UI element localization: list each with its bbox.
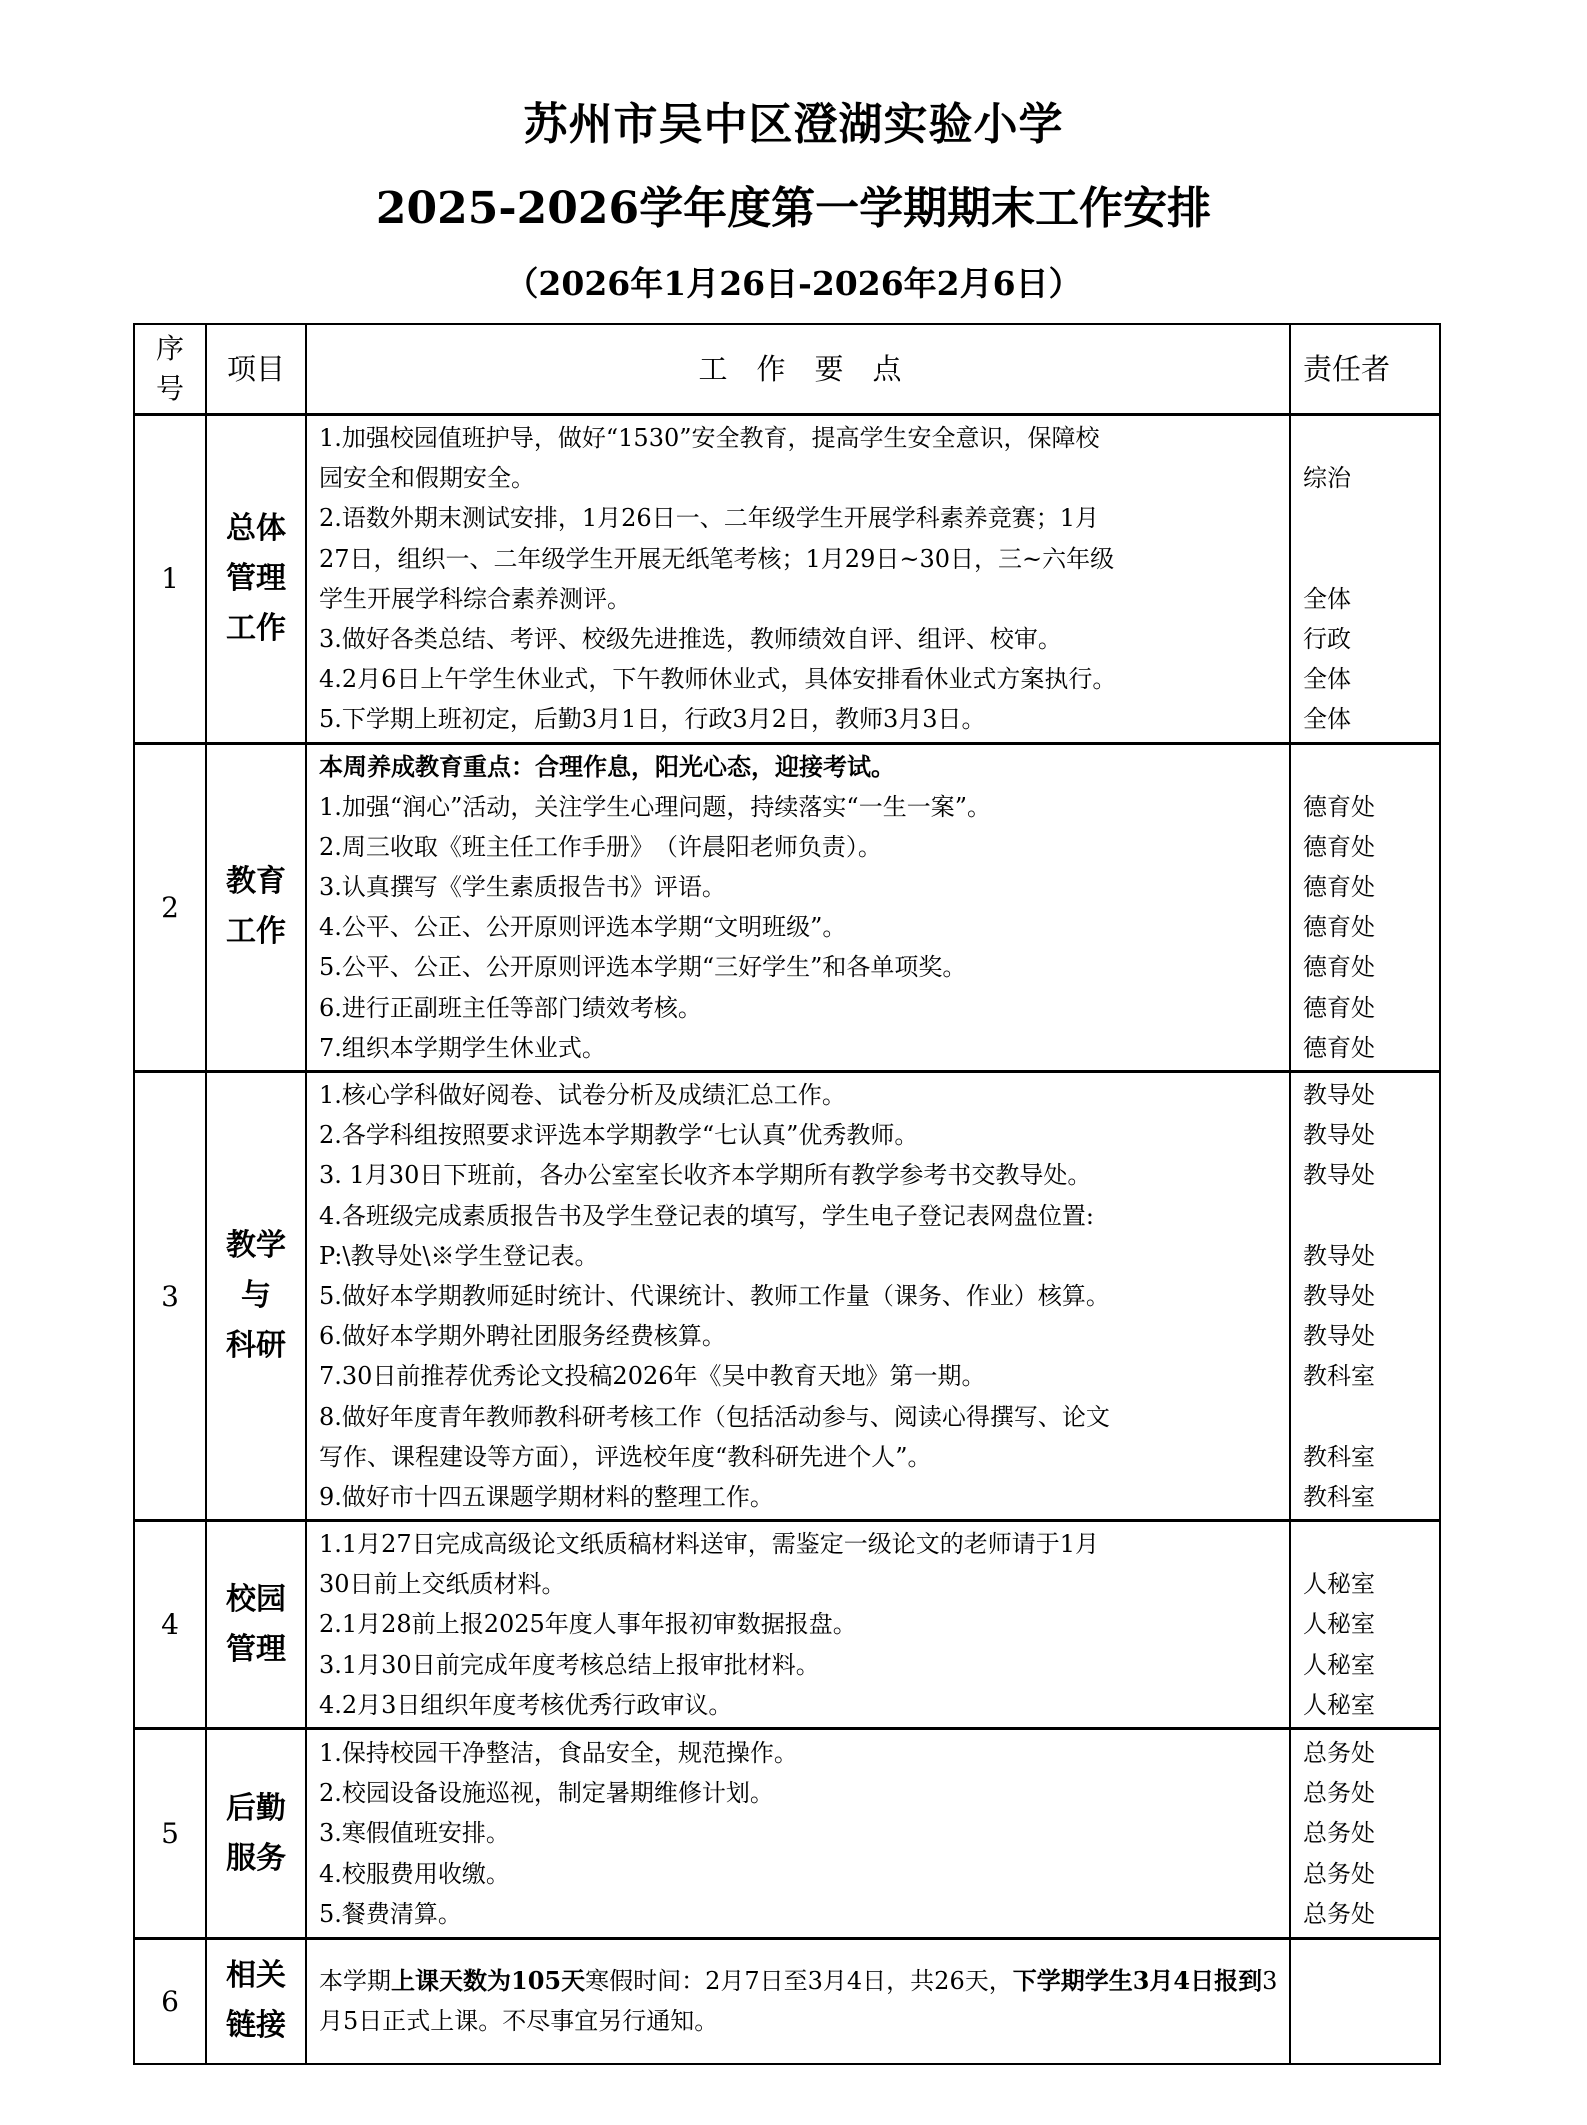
row-number: 5 — [134, 1729, 206, 1939]
table-row: 4校园管理1.1月27日完成高级论文纸质稿材料送审，需鉴定一级论文的老师请于1月… — [134, 1521, 1440, 1729]
responsible-party: 德育处 — [1303, 827, 1439, 867]
category-label-line: 管理 — [207, 1625, 305, 1675]
info-text: 本学期 — [319, 1967, 391, 1995]
row-category: 校园管理 — [206, 1521, 306, 1729]
responsible-party: 教导处 — [1303, 1276, 1439, 1316]
work-point-line: 5.下学期上班初定，后勤3月1日，行政3月2日，教师3月3日。 — [319, 699, 1281, 739]
work-point-line: 7.30日前推荐优秀论文投稿2026年《吴中教育天地》第一期。 — [319, 1356, 1281, 1396]
row-work-points: 1.保持校园干净整洁，食品安全，规范操作。2.校园设备设施巡视，制定暑期维修计划… — [306, 1729, 1290, 1939]
work-point-line: 4.2月6日上午学生休业式，下午教师休业式，具体安排看休业式方案执行。 — [319, 659, 1281, 699]
work-point-line: 7.组织本学期学生休业式。 — [319, 1028, 1281, 1068]
header-main: 工 作 要 点 — [306, 324, 1290, 415]
row-category: 总体管理工作 — [206, 415, 306, 744]
responsible-party: 人秘室 — [1303, 1645, 1439, 1685]
category-label-line: 校园 — [207, 1575, 305, 1625]
work-point-line: 1.核心学科做好阅卷、试卷分析及成绩汇总工作。 — [319, 1075, 1281, 1115]
work-point-line: 2.各学科组按照要求评选本学期教学“七认真”优秀教师。 — [319, 1115, 1281, 1155]
header-item: 项目 — [206, 324, 306, 415]
category-label-line: 教学 — [207, 1221, 305, 1271]
work-point-line: 3. 1月30日下班前，各办公室室长收齐本学期所有教学参考书交教导处。 — [319, 1155, 1281, 1195]
table-header-row: 序 号 项目 工 作 要 点 责任者 — [134, 324, 1440, 415]
table-row: 2教育工作本周养成教育重点：合理作息，阳光心态，迎接考试。1.加强“润心”活动，… — [134, 743, 1440, 1072]
responsible-party: 教导处 — [1303, 1075, 1439, 1115]
responsible-party: 德育处 — [1303, 867, 1439, 907]
info-text: 寒假时间：2月7日至3月4日，共26天， — [585, 1967, 1013, 1995]
work-point-line: 写作、课程建设等方面），评选校年度“教科研先进个人”。 — [319, 1437, 1281, 1477]
category-label-line: 服务 — [207, 1834, 305, 1884]
responsible-party — [1303, 539, 1439, 579]
work-point-line: P:\教导处\※学生登记表。 — [319, 1236, 1281, 1276]
row-owners: 德育处德育处德育处德育处德育处德育处德育处 — [1290, 743, 1440, 1072]
table-body: 1总体管理工作1.加强校园值班护导，做好“1530”安全教育，提高学生安全意识，… — [134, 415, 1440, 2064]
responsible-party: 教导处 — [1303, 1115, 1439, 1155]
row-owners: 人秘室人秘室人秘室人秘室 — [1290, 1521, 1440, 1729]
table-row: 1总体管理工作1.加强校园值班护导，做好“1530”安全教育，提高学生安全意识，… — [134, 415, 1440, 744]
responsible-party: 教导处 — [1303, 1236, 1439, 1276]
work-point-line: 1.保持校园干净整洁，食品安全，规范操作。 — [319, 1733, 1281, 1773]
row-category: 后勤服务 — [206, 1729, 306, 1939]
table-row: 3教学与科研1.核心学科做好阅卷、试卷分析及成绩汇总工作。2.各学科组按照要求评… — [134, 1072, 1440, 1521]
work-point-line: 园安全和假期安全。 — [319, 458, 1281, 498]
responsible-party: 总务处 — [1303, 1813, 1439, 1853]
responsible-party — [1303, 1196, 1439, 1236]
header-owner: 责任者 — [1290, 324, 1440, 415]
responsible-party: 综治 — [1303, 458, 1439, 498]
responsible-party: 总务处 — [1303, 1894, 1439, 1934]
category-label-line: 后勤 — [207, 1784, 305, 1834]
row-work-points: 本学期上课天数为105天寒假时间：2月7日至3月4日，共26天，下学期学生3月4… — [306, 1939, 1290, 2064]
responsible-party: 教导处 — [1303, 1155, 1439, 1195]
row-number: 1 — [134, 415, 206, 744]
work-point-line: 4.校服费用收缴。 — [319, 1854, 1281, 1894]
category-label-line: 相关 — [207, 1951, 305, 2001]
header-seq-line2: 号 — [135, 369, 205, 409]
row-work-points: 1.1月27日完成高级论文纸质稿材料送审，需鉴定一级论文的老师请于1月30日前上… — [306, 1521, 1290, 1729]
responsible-party: 教导处 — [1303, 1316, 1439, 1356]
category-label-line: 与 — [207, 1271, 305, 1321]
date-range-subtitle: （2026年1月26日-2026年2月6日） — [0, 258, 1587, 305]
row-work-points: 1.核心学科做好阅卷、试卷分析及成绩汇总工作。2.各学科组按照要求评选本学期教学… — [306, 1072, 1290, 1521]
responsible-party: 人秘室 — [1303, 1685, 1439, 1725]
work-point-line: 3.做好各类总结、考评、校级先进推选，教师绩效自评、组评、校审。 — [319, 619, 1281, 659]
responsible-party — [1303, 418, 1439, 458]
responsible-party: 人秘室 — [1303, 1564, 1439, 1604]
responsible-party: 德育处 — [1303, 907, 1439, 947]
row-category: 教育工作 — [206, 743, 306, 1072]
work-point-line: 学生开展学科综合素养测评。 — [319, 579, 1281, 619]
work-point-line: 5.做好本学期教师延时统计、代课统计、教师工作量（课务、作业）核算。 — [319, 1276, 1281, 1316]
category-label-line: 总体 — [207, 504, 305, 554]
work-point-line: 5.公平、公正、公开原则评选本学期“三好学生”和各单项奖。 — [319, 947, 1281, 987]
responsible-party: 全体 — [1303, 659, 1439, 699]
responsible-party: 总务处 — [1303, 1733, 1439, 1773]
work-point-line: 1.加强“润心”活动，关注学生心理问题，持续落实“一生一案”。 — [319, 787, 1281, 827]
category-label-line: 工作 — [207, 907, 305, 957]
responsible-party: 教科室 — [1303, 1477, 1439, 1517]
row-category: 教学与科研 — [206, 1072, 306, 1521]
responsible-party: 全体 — [1303, 699, 1439, 739]
responsible-party: 教科室 — [1303, 1437, 1439, 1477]
category-label-line: 科研 — [207, 1321, 305, 1371]
row-number: 2 — [134, 743, 206, 1072]
related-info-paragraph: 本学期上课天数为105天寒假时间：2月7日至3月4日，共26天，下学期学生3月4… — [319, 1961, 1281, 2041]
header-seq-line1: 序 — [135, 329, 205, 369]
responsible-party — [1303, 747, 1439, 787]
focus-statement: 本周养成教育重点：合理作息，阳光心态，迎接考试。 — [319, 747, 1281, 787]
work-point-line: 8.做好年度青年教师教科研考核工作（包括活动参与、阅读心得撰写、论文 — [319, 1397, 1281, 1437]
row-category: 相关链接 — [206, 1939, 306, 2064]
row-work-points: 本周养成教育重点：合理作息，阳光心态，迎接考试。1.加强“润心”活动，关注学生心… — [306, 743, 1290, 1072]
school-name-title: 苏州市吴中区澄湖实验小学 — [0, 88, 1587, 152]
table-row: 6相关链接本学期上课天数为105天寒假时间：2月7日至3月4日，共26天，下学期… — [134, 1939, 1440, 2064]
category-label-line: 教育 — [207, 857, 305, 907]
work-point-line: 2.校园设备设施巡视，制定暑期维修计划。 — [319, 1773, 1281, 1813]
work-point-line: 4.各班级完成素质报告书及学生登记表的填写，学生电子登记表网盘位置: — [319, 1196, 1281, 1236]
row-number: 3 — [134, 1072, 206, 1521]
responsible-party — [1303, 1397, 1439, 1437]
row-owners: 综治全体行政全体全体 — [1290, 415, 1440, 744]
responsible-party: 德育处 — [1303, 787, 1439, 827]
work-point-line: 4.公平、公正、公开原则评选本学期“文明班级”。 — [319, 907, 1281, 947]
highlighted-text: 上课天数为105天 — [391, 1966, 585, 1995]
work-point-line: 1.加强校园值班护导，做好“1530”安全教育，提高学生安全意识，保障校 — [319, 418, 1281, 458]
row-owners — [1290, 1939, 1440, 2064]
responsible-party: 德育处 — [1303, 947, 1439, 987]
work-point-line: 30日前上交纸质材料。 — [319, 1564, 1281, 1604]
work-point-line: 2.周三收取《班主任工作手册》 （许晨阳老师负责）。 — [319, 827, 1281, 867]
category-label-line: 链接 — [207, 2001, 305, 2051]
work-schedule-table: 序 号 项目 工 作 要 点 责任者 1总体管理工作1.加强校园值班护导，做好“… — [133, 323, 1441, 2065]
work-point-line: 9.做好市十四五课题学期材料的整理工作。 — [319, 1477, 1281, 1517]
plan-title: 2025-2026学年度第一学期期末工作安排 — [0, 172, 1587, 236]
responsible-party: 全体 — [1303, 579, 1439, 619]
work-point-line: 2.语数外期末测试安排，1月26日一、二年级学生开展学科素养竞赛；1月 — [319, 498, 1281, 538]
row-owners: 总务处总务处总务处总务处总务处 — [1290, 1729, 1440, 1939]
work-point-line: 1.1月27日完成高级论文纸质稿材料送审，需鉴定一级论文的老师请于1月 — [319, 1524, 1281, 1564]
row-number: 6 — [134, 1939, 206, 2064]
work-point-line: 2.1月28前上报2025年度人事年报初审数据报盘。 — [319, 1604, 1281, 1644]
table-row: 5后勤服务1.保持校园干净整洁，食品安全，规范操作。2.校园设备设施巡视，制定暑… — [134, 1729, 1440, 1939]
responsible-party — [1303, 498, 1439, 538]
responsible-party: 教科室 — [1303, 1356, 1439, 1396]
highlighted-text: 下学期学生3月4日报到 — [1013, 1966, 1262, 1995]
work-point-line: 27日，组织一、二年级学生开展无纸笔考核；1月29日~30日，三~六年级 — [319, 539, 1281, 579]
header-seq: 序 号 — [134, 324, 206, 415]
responsible-party: 德育处 — [1303, 988, 1439, 1028]
work-point-line: 6.进行正副班主任等部门绩效考核。 — [319, 988, 1281, 1028]
row-number: 4 — [134, 1521, 206, 1729]
work-point-line: 6.做好本学期外聘社团服务经费核算。 — [319, 1316, 1281, 1356]
row-work-points: 1.加强校园值班护导，做好“1530”安全教育，提高学生安全意识，保障校园安全和… — [306, 415, 1290, 744]
category-label-line: 管理 — [207, 554, 305, 604]
responsible-party: 德育处 — [1303, 1028, 1439, 1068]
work-point-line: 4.2月3日组织年度考核优秀行政审议。 — [319, 1685, 1281, 1725]
responsible-party — [1303, 1524, 1439, 1564]
row-owners: 教导处教导处教导处教导处教导处教导处教科室教科室教科室 — [1290, 1072, 1440, 1521]
responsible-party: 人秘室 — [1303, 1604, 1439, 1644]
work-point-line: 3.寒假值班安排。 — [319, 1813, 1281, 1853]
work-point-line: 3.认真撰写《学生素质报告书》评语。 — [319, 867, 1281, 907]
responsible-party: 总务处 — [1303, 1773, 1439, 1813]
work-point-line: 3.1月30日前完成年度考核总结上报审批材料。 — [319, 1645, 1281, 1685]
responsible-party: 总务处 — [1303, 1854, 1439, 1894]
category-label-line: 工作 — [207, 604, 305, 654]
work-point-line: 5.餐费清算。 — [319, 1894, 1281, 1934]
responsible-party: 行政 — [1303, 619, 1439, 659]
